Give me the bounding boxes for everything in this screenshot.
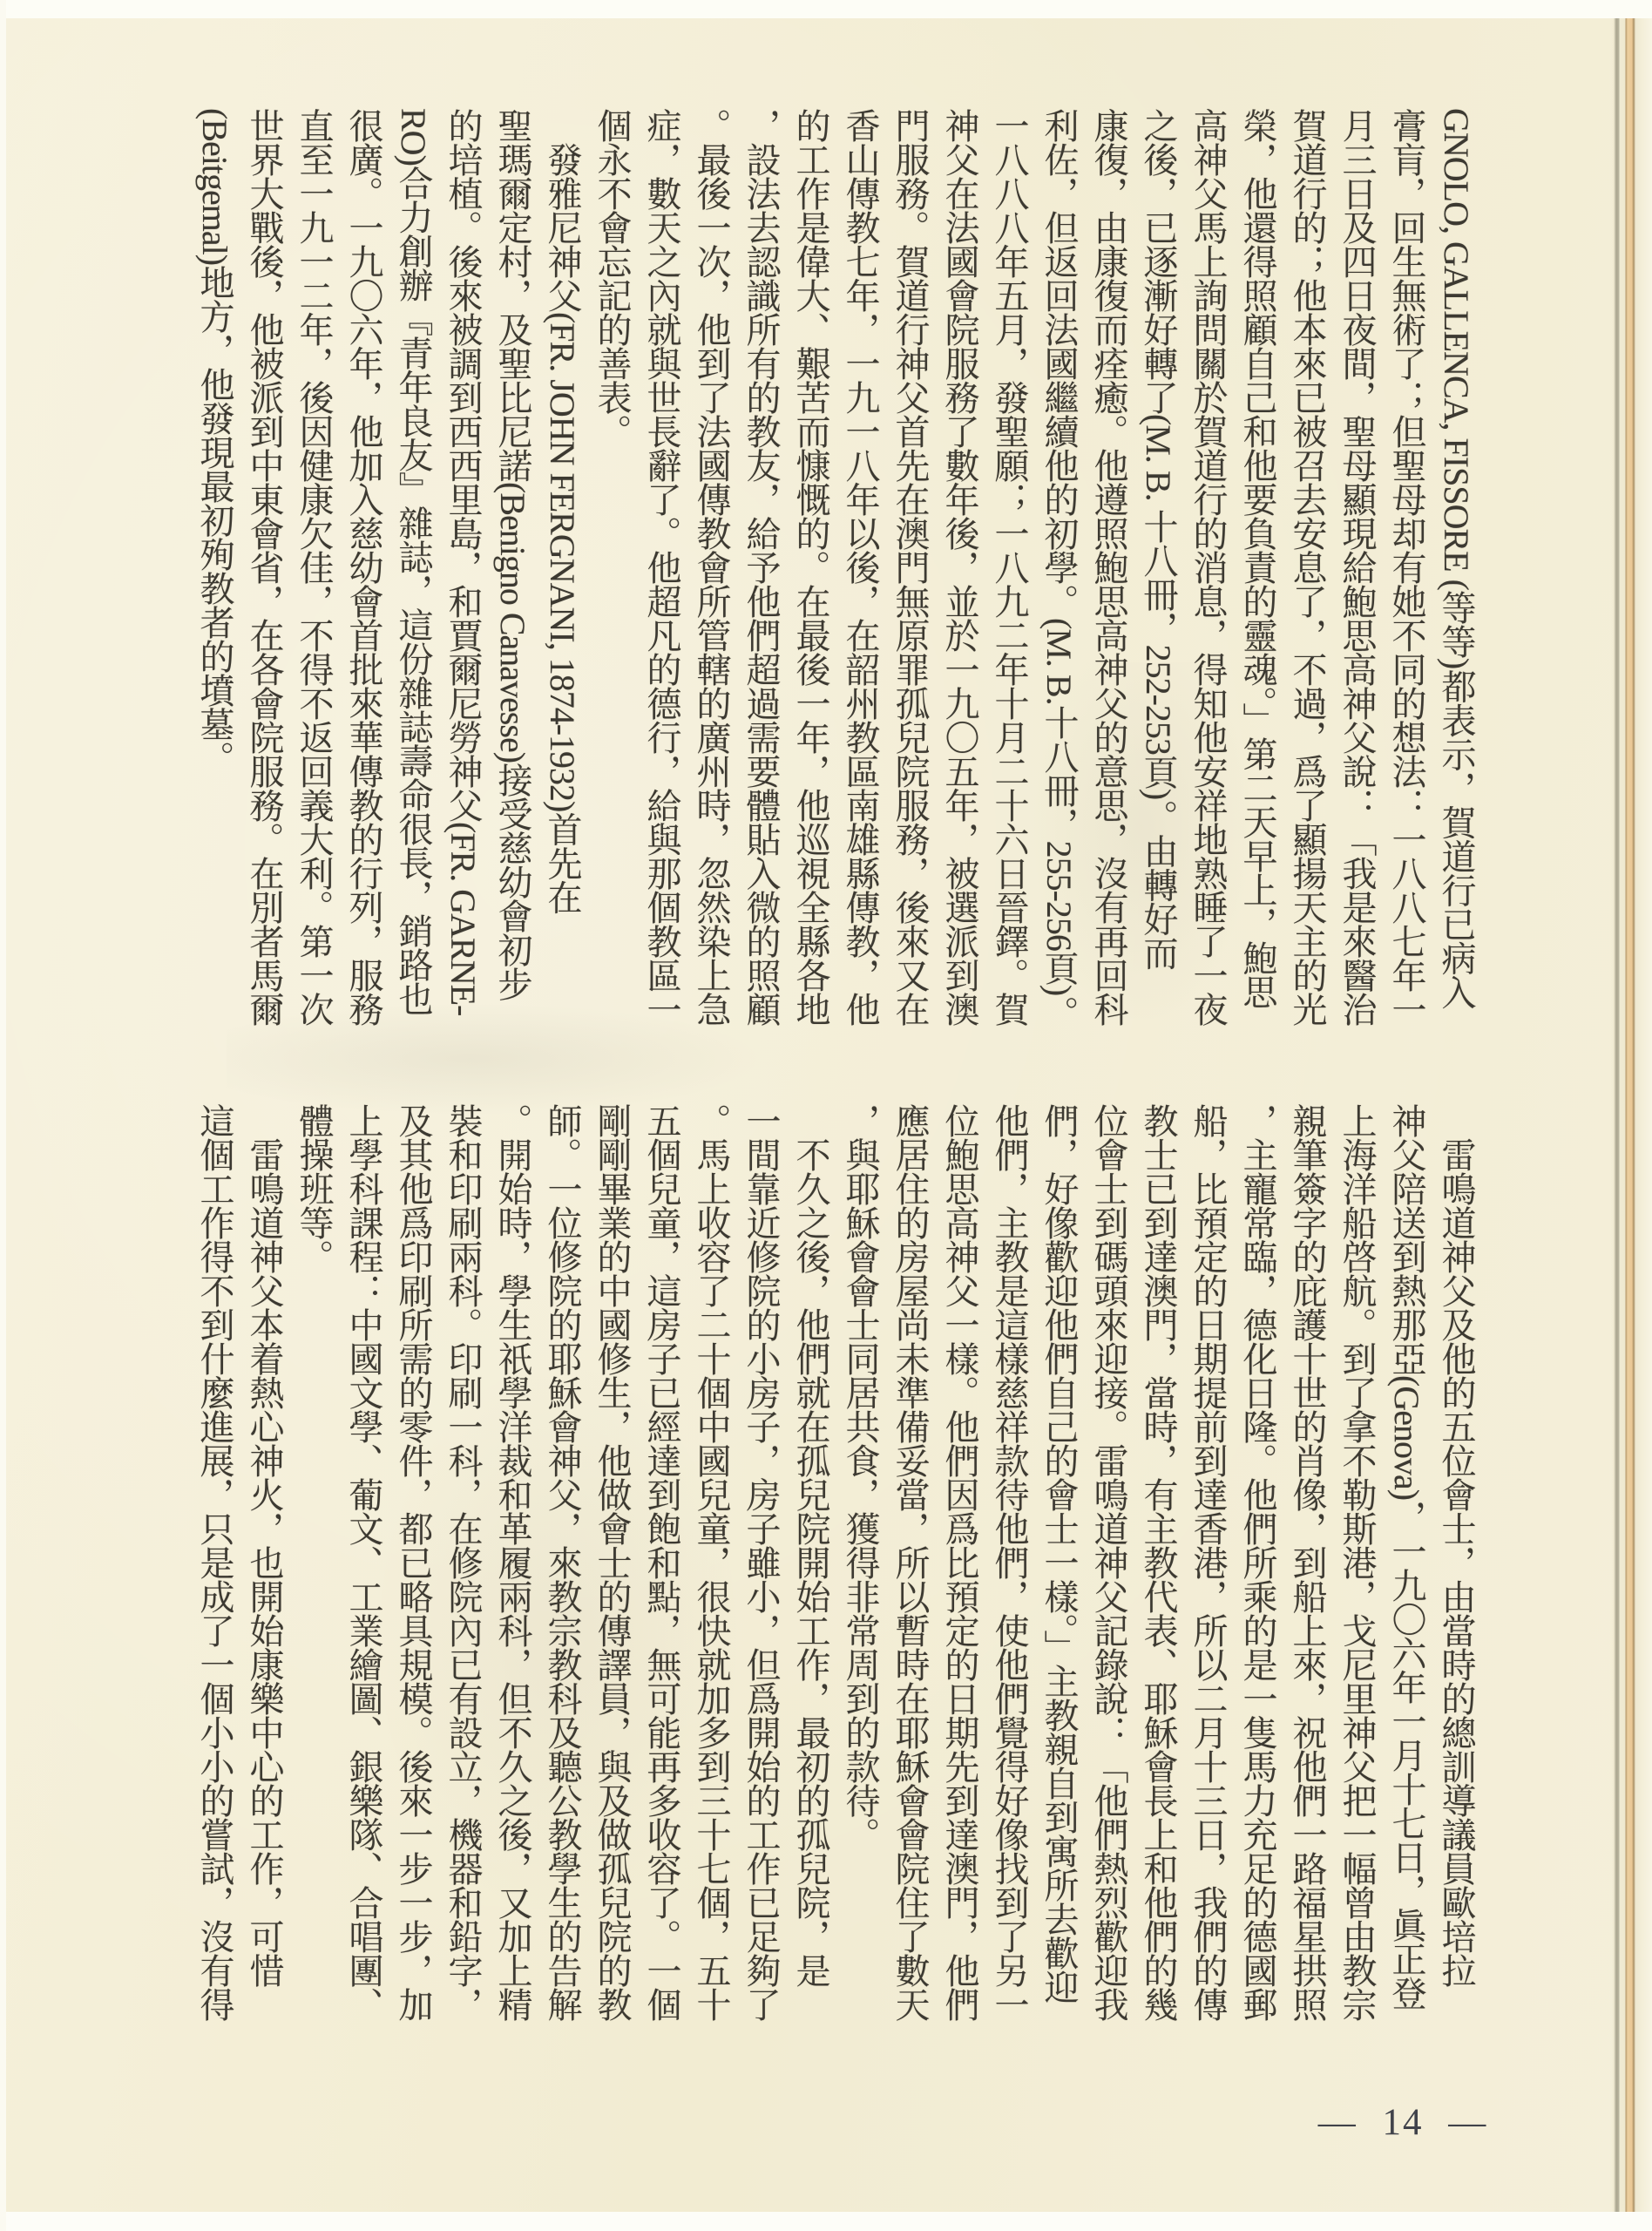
text-column: 五個兒童，這房子已經達到飽和點，無可能再多收容了。一個 (637, 1103, 687, 2078)
text-column: 上海洋船啓航。到了拿不勒斯港，戈尼里神父把一幅曾由教宗 (1332, 1103, 1382, 2078)
text-column: 位會士到碼頭來迎接。雷鳴道神父記錄說：「他們熱烈歡迎我 (1084, 1103, 1134, 2078)
text-column: 個永不會忘記的善表。 (587, 108, 637, 1082)
text-column: 體操班等。 (289, 1103, 339, 2078)
text-column: 不久之後，他們就在孤兒院開始工作，最初的孤兒院，是 (786, 1103, 836, 2078)
text-column: 的工作是偉大、艱苦而慷慨的。在最後一年，他巡視全縣各地 (786, 108, 836, 1082)
text-column: 應居住的房屋尚未準備妥當，所以暫時在耶穌會會院住了數天 (885, 1103, 935, 2078)
scan-margin-bottom (0, 2212, 1652, 2231)
text-column: 船，比預定的日期提前到達香港，所以二月十三日，我們的傳 (1183, 1103, 1233, 2078)
text-column: 發雅尼神父(FR. JOHN FERGNANI, 1874-1932)首先在 (538, 108, 587, 1082)
text-column: 雷鳴道神父及他的五位會士，由當時的總訓導議員歐培拉 (1432, 1103, 1481, 2078)
text-column: 香山傳教七年，一九一八年以後，在韶州教區南雄縣傳教，他 (836, 108, 885, 1082)
text-column: 位鮑思高神父一樣。他們因爲比預定的日期先到達澳門，他們 (935, 1103, 985, 2078)
text-column: 。馬上收容了二十個中國兒童，很快就加多到三十七個，五十 (687, 1103, 736, 2078)
text-column: 一間靠近修院的小房子，房子雖小，但爲開始的工作已足夠了 (736, 1103, 786, 2078)
text-column: GNOLO, GALLENCA, FISSORE (等等)都表示，賀道行已病入 (1432, 108, 1481, 1082)
text-column: 師。一位修院的耶穌會神父，來教宗教科及聽公教學生的告解 (538, 1103, 587, 2078)
scan-margin-left (0, 0, 6, 2231)
text-column: 之後，已逐漸好轉了(M. B. 十八冊，252-253頁)。由轉好而 (1134, 108, 1183, 1082)
scan-margin-top (0, 0, 1652, 18)
text-column: 裝和印刷兩科。印刷一科，在修院內已有設立，機器和鉛字， (438, 1103, 488, 2078)
text-column: 一八八八年五月，發聖願；一八九二年十月二十六日晉鐸。賀 (985, 108, 1034, 1082)
scanned-page: GNOLO, GALLENCA, FISSORE (等等)都表示，賀道行已病入膏… (0, 0, 1652, 2231)
text-column: 康復，由康復而痊癒。他遵照鮑思高神父的意思，沒有再回科 (1084, 108, 1134, 1082)
page-edge-lines (1610, 0, 1652, 2231)
text-column: ，與耶穌會會士同居共食，獲得非常周到的款待。 (836, 1103, 885, 2078)
text-column: 親筆簽字的庇護十世的肖像，到船上來，祝他們一路福星拱照 (1283, 1103, 1332, 2078)
text-column: 很廣。一九〇六年，他加入慈幼會首批來華傳教的行列，服務 (339, 108, 389, 1082)
text-column: 這個工作得不到什麼進展，只是成了一個小小的嘗試，沒有得 (190, 1103, 240, 2078)
top-text-block: GNOLO, GALLENCA, FISSORE (等等)都表示，賀道行已病入膏… (190, 108, 1481, 1082)
text-column: 直至一九一二年，後因健康欠佳，不得不返回義大利。第一次 (289, 108, 339, 1082)
text-column: 上學科課程：中國文學、葡文、工業繪圖、銀樂隊、合唱團、 (339, 1103, 389, 2078)
text-column: 雷鳴道神父本着熱心神火，也開始康樂中心的工作，可惜 (240, 1103, 289, 2078)
text-column: 月三日及四日夜間，聖母顯現給鮑思高神父說：「我是來醫治 (1332, 108, 1382, 1082)
text-column: 及其他爲印刷所需的零件，都已略具規模。後來一步一步，加 (389, 1103, 438, 2078)
text-column: 榮，他還得照顧自己和他要負責的靈魂。」第二天早上，鮑思 (1233, 108, 1283, 1082)
text-column: 高神父馬上詢問關於賀道行的消息，得知他安祥地熟睡了一夜 (1183, 108, 1233, 1082)
text-column: RO)合力創辦『青年良友』雜誌，這份雜誌壽命很長，銷路也 (389, 108, 438, 1082)
text-column: 教士已到達澳門，當時，有主教代表、耶穌會長上和他們的幾 (1134, 1103, 1183, 2078)
text-column: 聖瑪爾定村，及聖比尼諾(Benigno Canavesse)接受慈幼會初步 (488, 108, 538, 1082)
text-column: (Beitgemal)地方，他發現最初殉教者的墳墓。 (190, 108, 240, 1082)
text-column: 。開始時，學生祇學洋裁和革履兩科，但不久之後，又加上精 (488, 1103, 538, 2078)
text-column: 賀道行的；他本來已被召去安息了，不過，爲了顯揚天主的光 (1283, 108, 1332, 1082)
text-column: 門服務。賀道行神父首先在澳門無原罪孤兒院服務，後來又在 (885, 108, 935, 1082)
text-column: 的培植。後來被調到西西里島，和賈爾尼勞神父(FR. GARNE- (438, 108, 488, 1082)
page-number: — 14 — (1316, 2097, 1490, 2149)
text-column: 利佐，但返回法國繼續他的初學。(M. B.十八冊，255-256頁)。 (1034, 108, 1084, 1082)
text-column: 。最後一次，他到了法國傳教會所管轄的廣州時，忽然染上急 (687, 108, 736, 1082)
text-column: 剛剛畢業的中國修生，他做會士的傳譯員，與及做孤兒院的教 (587, 1103, 637, 2078)
text-column: 神父陪送到熱那亞(Genova)，一九〇六年一月十七日，眞正登 (1382, 1103, 1432, 2078)
text-column: 他們，主教是這樣慈祥款待他們，使他們覺得好像找到了另一 (985, 1103, 1034, 2078)
text-column: 症，數天之內就與世長辭了。他超凡的德行，給與那個教區一 (637, 108, 687, 1082)
text-column: 神父在法國會院服務了數年後，並於一九〇五年，被選派到澳 (935, 108, 985, 1082)
text-column: 們，好像歡迎他們自己的會士一樣。」主教親自到寓所去歡迎 (1034, 1103, 1084, 2078)
text-column: 世界大戰後，他被派到中東會省，在各會院服務。在別者馬爾 (240, 108, 289, 1082)
text-column: ，主寵常臨，德化日隆。他們所乘的是一隻馬力充足的德國郵 (1233, 1103, 1283, 2078)
bottom-text-block: 雷鳴道神父及他的五位會士，由當時的總訓導議員歐培拉神父陪送到熱那亞(Genova… (190, 1103, 1481, 2078)
text-column: ，設法去認識所有的教友，給予他們超過需要體貼入微的照顧 (736, 108, 786, 1082)
text-column: 膏肓，回生無術了；但聖母却有她不同的想法：一八八七年一 (1382, 108, 1432, 1082)
